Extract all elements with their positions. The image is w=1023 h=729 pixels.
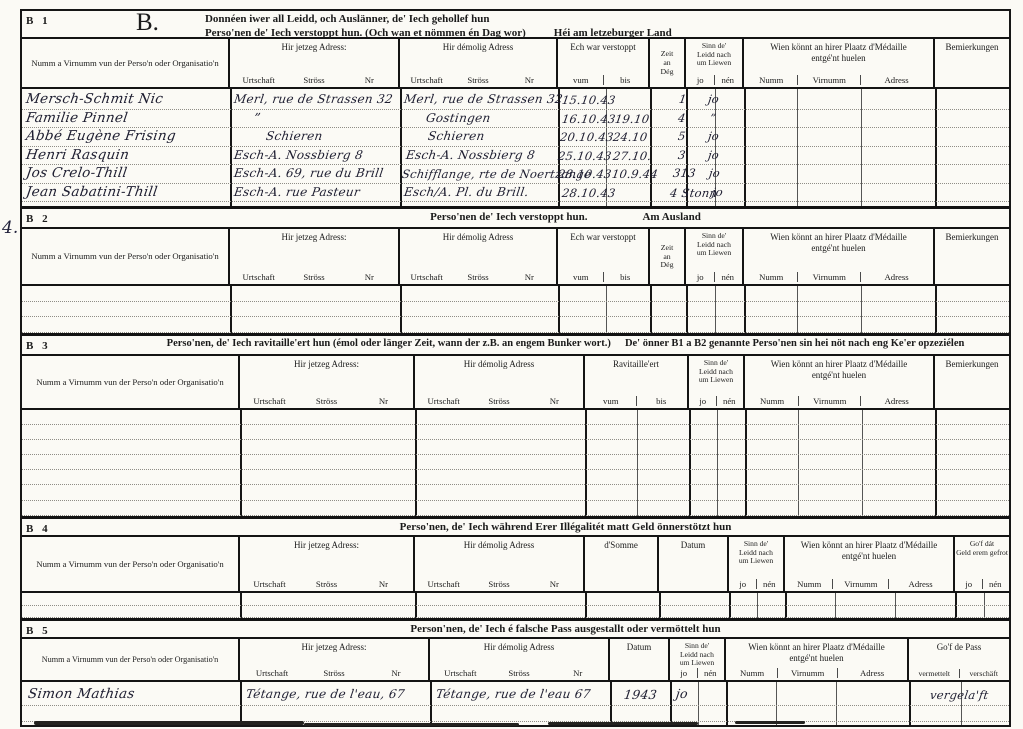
adress-label: Adress bbox=[860, 272, 932, 282]
b3-col-name: Numm a Virnumm vun der Perso'n oder Orga… bbox=[22, 356, 240, 408]
nen-label: nén bbox=[756, 579, 783, 589]
vermettelt-label: vermettelt bbox=[910, 669, 959, 678]
b1-title-right: Héi am letzeburger Land bbox=[554, 27, 672, 39]
b5-col-demolig: Hir démolig Adress UrtschaftStrössNr bbox=[430, 639, 610, 680]
gof-geld-label: Go'f dátGeld erem gefrot bbox=[956, 540, 1008, 557]
b1-row-5: Jos Crelo-Thill Esch-A. 69, rue du Brill… bbox=[22, 165, 1009, 184]
b1-row-3: Abbé Eugène Frising Schieren Schieren 20… bbox=[22, 128, 1009, 147]
b2-col-wien: Wien könnt an hirer Plaatz d'Médailleent… bbox=[744, 229, 935, 284]
cell-vum: 20.10.43 bbox=[559, 130, 615, 144]
b1-title: Donnéen iwer all Leidd, och Auslänner, d… bbox=[205, 13, 672, 41]
demolig-label: Hir démolig Adress bbox=[416, 540, 582, 551]
wien-label: Wien könnt an hirer Plaatz d'Médailleent… bbox=[745, 42, 932, 64]
cell-demolig-adress: Esch-A. Nossbierg 8 bbox=[405, 148, 536, 162]
jetzeg-sublabels: UrtschaftStrössNr bbox=[231, 272, 397, 282]
b3-titlebar: B 3 Perso'nen, de' Iech ravitaille'ert h… bbox=[22, 336, 1009, 356]
b1-section-label: B 1 bbox=[26, 13, 126, 27]
b4-col-demolig: Hir démolig Adress UrtschaftStrössNr bbox=[415, 537, 585, 591]
b4-title: Perso'nen, de' Iech während Erer Illégal… bbox=[126, 521, 1005, 533]
jetzeg-label: Hir jetzeg Adress: bbox=[241, 642, 427, 653]
section-b5: B 5 Person'nen, de' Iech é falsche Pass … bbox=[22, 618, 1009, 725]
b2-col-zeit: Zeit an Dég bbox=[650, 229, 686, 284]
b5-col-sinn: Sinn de'Leidd nachum Liewen jonén bbox=[670, 639, 726, 680]
b3-section-label: B 3 bbox=[26, 338, 126, 352]
sinn-sublabels: jonén bbox=[687, 272, 741, 282]
sinn-label: Sinn de'Leidd nachum Liewen bbox=[671, 642, 723, 668]
b4-titlebar: B 4 Perso'nen, de' Iech während Erer Ill… bbox=[22, 519, 1009, 537]
section-b1: B 1 B. Donnéen iwer all Leidd, och Auslä… bbox=[22, 11, 1009, 206]
b1-col-bemierkungen: Bemierkungen bbox=[935, 39, 1009, 87]
b3-row-2 bbox=[22, 425, 1009, 440]
adress-label: Adress bbox=[837, 668, 906, 678]
scan-artifact bbox=[304, 723, 519, 726]
cell-bis: 24.10 bbox=[612, 130, 648, 144]
b2-col-name: Numm a Virnumm vun der Perso'n oder Orga… bbox=[22, 229, 230, 284]
b4-col-jetzeg: Hir jetzeg Adress: UrtschaftStrössNr bbox=[240, 537, 415, 591]
cell-vum: 15.10.43 bbox=[561, 93, 617, 107]
jo-label: jo bbox=[687, 75, 714, 85]
b5-title: Person'nen, de' Iech é falsche Pass ausg… bbox=[126, 623, 1005, 635]
b2-col-sinn: Sinn de'Leidd nachum Liewen jonén bbox=[686, 229, 744, 284]
sinn-label: Sinn de'Leidd nachum Liewen bbox=[687, 42, 741, 68]
stross-label: Ströss bbox=[298, 396, 355, 406]
somme-label: d'Somme bbox=[586, 540, 656, 551]
cell-bis: 10.9.44 bbox=[611, 167, 659, 181]
jo-label: jo bbox=[956, 579, 982, 589]
jetzeg-label: Hir jetzeg Adress: bbox=[231, 42, 397, 53]
b5-column-header: Numm a Virnumm vun der Perso'n oder Orga… bbox=[22, 639, 1009, 682]
scan-artifact bbox=[735, 721, 805, 724]
b3-column-header: Numm a Virnumm vun der Perso'n oder Orga… bbox=[22, 356, 1009, 410]
wien-label: Wien könnt an hirer Plaatz d'Médailleent… bbox=[727, 642, 906, 664]
b1-col-zeit: Zeit an Dég bbox=[650, 39, 686, 87]
cell-demolig-adress: Esch/A. Pl. du Brill. bbox=[403, 185, 530, 199]
sinn-l3: um Liewen bbox=[671, 659, 723, 668]
b5-col-name-label: Numm a Virnumm vun der Perso'n oder Orga… bbox=[25, 654, 235, 666]
wien-l2: entgé'nt huelen bbox=[745, 243, 932, 254]
b5-col-wien: Wien könnt an hirer Plaatz d'Médailleent… bbox=[726, 639, 909, 680]
demolig-sublabels: UrtschaftStrössNr bbox=[416, 579, 582, 589]
b2-col-verstoppt: Ech war verstoppt vumbis bbox=[558, 229, 650, 284]
b1-col-verstoppt: Ech war verstoppt vumbis bbox=[558, 39, 650, 87]
nen-label: nén bbox=[716, 396, 743, 406]
nr-label: Nr bbox=[342, 272, 397, 282]
stross-label: Ströss bbox=[490, 668, 549, 678]
bis-label: bis bbox=[603, 272, 648, 282]
b3-title-right: De' önner B1 a B2 genannte Perso'nen sin… bbox=[625, 338, 964, 349]
gof-pass-sublabels: vermetteltverschäft bbox=[910, 669, 1008, 678]
nr-label: Nr bbox=[504, 75, 555, 85]
urtschaft-label: Urtschaft bbox=[231, 75, 286, 85]
b1-row-2: Familie Pinnel ” Gostingen 16.10.43 19.1… bbox=[22, 110, 1009, 129]
jetzeg-label: Hir jetzeg Adress: bbox=[241, 359, 412, 370]
b3-col-name-label: Numm a Virnumm vun der Perso'n oder Orga… bbox=[25, 376, 235, 389]
sinn-label: Sinn de'Leidd nachum Liewen bbox=[690, 359, 742, 385]
nr-label: Nr bbox=[548, 668, 607, 678]
jetzeg-sublabels: UrtschaftStrössNr bbox=[241, 668, 427, 678]
vum-label: vum bbox=[586, 396, 636, 406]
cell-demolig-adress: Schieren bbox=[427, 129, 486, 143]
b3-col-sinn: Sinn de'Leidd nachum Liewen jonén bbox=[689, 356, 745, 408]
cell-name: Abbé Eugène Frising bbox=[25, 128, 177, 144]
nen-label: nén bbox=[714, 75, 742, 85]
numm-label: Numm bbox=[786, 579, 832, 589]
cell-zeit: 1 bbox=[678, 92, 688, 106]
virnumm-label: Virnumm bbox=[777, 668, 837, 678]
sinn-l3: um Liewen bbox=[690, 376, 742, 385]
jo-label: jo bbox=[690, 396, 716, 406]
b4-row-2 bbox=[22, 606, 1009, 618]
cell-jetzeg-adress: Esch-A. rue Pasteur bbox=[233, 185, 361, 199]
sinn-sublabels: jonén bbox=[730, 579, 782, 589]
cell-bis: 19.10 bbox=[614, 112, 650, 126]
wien-label: Wien könnt an hirer Plaatz d'Médailleent… bbox=[786, 540, 952, 562]
b5-col-gof-pass: Go'f de Pass vermetteltverschäft bbox=[909, 639, 1009, 680]
b1-row-1: Mersch-Schmit Nic Merl, rue de Strassen … bbox=[22, 91, 1009, 110]
b5-col-datum: Datum bbox=[610, 639, 670, 680]
cell-bis: 27.10. bbox=[612, 149, 652, 163]
adress-label: Adress bbox=[888, 579, 952, 589]
cell-name: Henri Rasquin bbox=[25, 147, 130, 163]
b3-col-jetzeg: Hir jetzeg Adress: UrtschaftStrössNr bbox=[240, 356, 415, 408]
numm-label: Numm bbox=[727, 668, 777, 678]
b5-row-1: Simon Mathias Tétange, rue de l'eau, 67 … bbox=[22, 682, 1009, 706]
sinn-l3: um Liewen bbox=[687, 59, 741, 68]
numm-label: Numm bbox=[745, 75, 797, 85]
margin-note: 4. bbox=[2, 218, 18, 238]
gof-l2: Geld erem gefrot bbox=[956, 549, 1008, 558]
cell-name: Mersch-Schmit Nic bbox=[25, 91, 164, 107]
wien-l1: Wien könnt an hirer Plaatz d'Médaille bbox=[745, 232, 932, 243]
wien-l2: entgé'nt huelen bbox=[745, 53, 932, 64]
nr-label: Nr bbox=[365, 668, 427, 678]
stross-label: Ströss bbox=[471, 579, 526, 589]
verschaft-label: verschäft bbox=[959, 669, 1009, 678]
wien-sublabels: NummVirnummAdress bbox=[746, 396, 932, 406]
b4-title-text: Perso'nen, de' Iech während Erer Illégal… bbox=[400, 521, 732, 533]
b5-section-label: B 5 bbox=[26, 623, 126, 637]
stross-label: Ströss bbox=[298, 579, 355, 589]
wien-label: Wien könnt an hirer Plaatz d'Médailleent… bbox=[746, 359, 932, 381]
bis-label: bis bbox=[603, 75, 648, 85]
stross-label: Ströss bbox=[286, 272, 341, 282]
wien-l1: Wien könnt an hirer Plaatz d'Médaille bbox=[745, 42, 932, 53]
demolig-label: Hir démolig Adress bbox=[401, 232, 555, 243]
b1-title-line1: Donnéen iwer all Leidd, och Auslänner, d… bbox=[205, 13, 672, 27]
bemierkungen-label: Bemierkungen bbox=[936, 232, 1008, 243]
cell-jetzeg-adress: Tétange, rue de l'eau, 67 bbox=[245, 687, 406, 701]
section-b4: B 4 Perso'nen, de' Iech während Erer Ill… bbox=[22, 516, 1009, 618]
jo-label: jo bbox=[730, 579, 756, 589]
b1-row-4: Henri Rasquin Esch-A. Nossbierg 8 Esch-A… bbox=[22, 147, 1009, 166]
virnumm-label: Virnumm bbox=[797, 272, 860, 282]
b3-row-3 bbox=[22, 440, 1009, 455]
numm-label: Numm bbox=[745, 272, 797, 282]
datum-label: Datum bbox=[611, 642, 667, 653]
numm-label: Numm bbox=[746, 396, 798, 406]
b1-titlebar: B 1 B. Donnéen iwer all Leidd, och Auslä… bbox=[22, 11, 1009, 39]
cell-vum: 28.10.43 bbox=[561, 186, 617, 200]
b3-col-bemierkungen: Bemierkungen bbox=[935, 356, 1009, 408]
b3-col-demolig: Hir démolig Adress UrtschaftStrössNr bbox=[415, 356, 585, 408]
b5-body: Simon Mathias Tétange, rue de l'eau, 67 … bbox=[22, 682, 1009, 725]
sinn-label: Sinn de'Leidd nachum Liewen bbox=[730, 540, 782, 566]
cell-jetzeg-adress: Schieren bbox=[265, 129, 324, 143]
b4-row-1 bbox=[22, 593, 1009, 606]
section-b3: B 3 Perso'nen, de' Iech ravitaille'ert h… bbox=[22, 333, 1009, 516]
jetzeg-sublabels: UrtschaftStrössNr bbox=[241, 579, 412, 589]
b4-col-name-label: Numm a Virnumm vun der Perso'n oder Orga… bbox=[25, 558, 235, 571]
nr-label: Nr bbox=[527, 579, 582, 589]
nen-label: nén bbox=[714, 272, 742, 282]
stross-label: Ströss bbox=[303, 668, 365, 678]
cell-jo: jo bbox=[707, 148, 720, 162]
stross-label: Ströss bbox=[471, 396, 526, 406]
cell-vum: 28.10.43 bbox=[557, 167, 613, 181]
vum-label: vum bbox=[559, 75, 603, 85]
cell-jo: jo bbox=[675, 686, 689, 701]
cell-jo: ” bbox=[709, 111, 717, 125]
b3-body bbox=[22, 410, 1009, 516]
b4-body bbox=[22, 593, 1009, 618]
b1-col-name-label: Numm a Virnumm vun der Perso'n oder Orga… bbox=[25, 57, 225, 70]
stross-label: Ströss bbox=[452, 75, 503, 85]
b1-col-name: Numm a Virnumm vun der Perso'n oder Orga… bbox=[22, 39, 230, 87]
b3-col-ravitailleert: Ravitaille'ert vumbis bbox=[585, 356, 689, 408]
b5-col-name: Numm a Virnumm vun der Perso'n oder Orga… bbox=[22, 639, 240, 680]
bemierkungen-label: Bemierkungen bbox=[936, 359, 1008, 370]
urtschaft-label: Urtschaft bbox=[416, 579, 471, 589]
zeit-label-3: Dég bbox=[651, 261, 683, 270]
b3-row-5 bbox=[22, 470, 1009, 485]
b2-row-3 bbox=[22, 317, 1009, 333]
nr-label: Nr bbox=[355, 396, 412, 406]
wien-sublabels: NummVirnummAdress bbox=[786, 579, 952, 589]
b5-title-text: Person'nen, de' Iech é falsche Pass ausg… bbox=[410, 623, 720, 635]
verstoppt-label: Ech war verstoppt bbox=[559, 232, 647, 243]
b4-section-label: B 4 bbox=[26, 521, 126, 535]
b4-col-somme: d'Somme bbox=[585, 537, 659, 591]
urtschaft-label: Urtschaft bbox=[231, 272, 286, 282]
demolig-sublabels: UrtschaftStrössNr bbox=[431, 668, 607, 678]
wien-label: Wien könnt an hirer Plaatz d'Médailleent… bbox=[745, 232, 932, 254]
b3-title: Perso'nen, de' Iech ravitaille'ert hun (… bbox=[126, 338, 1005, 349]
adress-label: Adress bbox=[860, 396, 932, 406]
wien-sublabels: NummVirnummAdress bbox=[745, 272, 932, 282]
cell-jetzeg-adress: Esch-A. Nossbierg 8 bbox=[233, 148, 364, 162]
scan-artifact bbox=[548, 722, 698, 725]
b4-col-name: Numm a Virnumm vun der Perso'n oder Orga… bbox=[22, 537, 240, 591]
nr-label: Nr bbox=[504, 272, 555, 282]
nr-label: Nr bbox=[527, 396, 582, 406]
wien-l1: Wien könnt an hirer Plaatz d'Médaille bbox=[746, 359, 932, 370]
scan-artifact bbox=[34, 721, 304, 725]
wien-l1: Wien könnt an hirer Plaatz d'Médaille bbox=[786, 540, 952, 551]
cell-datum: 1943 bbox=[623, 687, 658, 702]
wien-l1: Wien könnt an hirer Plaatz d'Médaille bbox=[727, 642, 906, 653]
demolig-sublabels: UrtschaftStrössNr bbox=[401, 75, 555, 85]
urtschaft-label: Urtschaft bbox=[401, 75, 452, 85]
cell-jo: jo bbox=[707, 129, 720, 143]
cell-zeit: 5 bbox=[677, 129, 687, 143]
cell-demolig-adress: Tétange, rue de l'eau 67 bbox=[435, 687, 592, 701]
b2-section-label: B 2 bbox=[26, 211, 126, 225]
b4-col-gof-geld: Go'f dátGeld erem gefrot jonén bbox=[955, 537, 1009, 591]
nr-label: Nr bbox=[355, 579, 412, 589]
demolig-label: Hir démolig Adress bbox=[431, 642, 607, 653]
cell-name: Jean Sabatini-Thill bbox=[25, 184, 159, 200]
b3-row-1 bbox=[22, 410, 1009, 425]
sinn-l3: um Liewen bbox=[730, 557, 782, 566]
urtschaft-label: Urtschaft bbox=[241, 396, 298, 406]
b3-title-text: Perso'nen, de' Iech ravitaille'ert hun (… bbox=[167, 338, 611, 349]
wien-l2: entgé'nt huelen bbox=[746, 370, 932, 381]
cell-jetzeg-adress: ” bbox=[253, 110, 262, 125]
jo-label: jo bbox=[671, 668, 697, 678]
b2-title: Perso'nen de' Iech verstoppt hun.Am Ausl… bbox=[126, 211, 1005, 223]
vum-label: vum bbox=[559, 272, 603, 282]
b1-col-jetzeg: Hir jetzeg Adress: UrtschaftStrössNr bbox=[230, 39, 400, 87]
sinn-sublabels: jonén bbox=[690, 396, 742, 406]
sinn-l3: um Liewen bbox=[687, 249, 741, 258]
jetzeg-sublabels: UrtschaftStrössNr bbox=[231, 75, 397, 85]
demolig-sublabels: UrtschaftStrössNr bbox=[401, 272, 555, 282]
b2-body bbox=[22, 286, 1009, 333]
verstoppt-sublabels: vumbis bbox=[559, 75, 647, 85]
wien-l2: entgé'nt huelen bbox=[786, 551, 952, 562]
b3-col-wien: Wien könnt an hirer Plaatz d'Médailleent… bbox=[745, 356, 935, 408]
b2-col-jetzeg: Hir jetzeg Adress: UrtschaftStrössNr bbox=[230, 229, 400, 284]
wien-l2: entgé'nt huelen bbox=[727, 653, 906, 664]
b4-col-datum: Datum bbox=[659, 537, 729, 591]
cell-zeit: 313 bbox=[672, 166, 697, 180]
scanned-form-page: 4. B 1 B. Donnéen iwer all Leidd, och Au… bbox=[0, 0, 1023, 729]
urtschaft-label: Urtschaft bbox=[431, 668, 490, 678]
b2-col-name-label: Numm a Virnumm vun der Perso'n oder Orga… bbox=[25, 250, 225, 263]
cell-demolig-adress: Merl, rue de Strassen 32 bbox=[403, 92, 564, 106]
sinn-sublabels: jonén bbox=[671, 668, 723, 678]
form-b-sheet: B 1 B. Donnéen iwer all Leidd, och Auslä… bbox=[20, 9, 1011, 727]
jo-label: jo bbox=[687, 272, 714, 282]
adress-label: Adress bbox=[860, 75, 932, 85]
section-b2: B 2 Perso'nen de' Iech verstoppt hun.Am … bbox=[22, 206, 1009, 333]
sinn-label: Sinn de'Leidd nachum Liewen bbox=[687, 232, 741, 258]
b5-col-jetzeg: Hir jetzeg Adress: UrtschaftStrössNr bbox=[240, 639, 430, 680]
b2-title-text: Perso'nen de' Iech verstoppt hun. bbox=[430, 211, 587, 223]
b1-col-sinn: Sinn de'Leidd nachum Liewen jonén bbox=[686, 39, 744, 87]
b3-row-4 bbox=[22, 455, 1009, 470]
urtschaft-label: Urtschaft bbox=[401, 272, 452, 282]
nr-label: Nr bbox=[342, 75, 397, 85]
b2-titlebar: B 2 Perso'nen de' Iech verstoppt hun.Am … bbox=[22, 209, 1009, 229]
b5-row-2 bbox=[22, 706, 1009, 722]
bemierkungen-label: Bemierkungen bbox=[936, 42, 1008, 53]
virnumm-label: Virnumm bbox=[832, 579, 888, 589]
b4-col-sinn: Sinn de'Leidd nachum Liewen jonén bbox=[729, 537, 785, 591]
cell-name: Jos Crelo-Thill bbox=[25, 165, 128, 181]
b1-column-header: Numm a Virnumm vun der Perso'n oder Orga… bbox=[22, 39, 1009, 89]
stross-label: Ströss bbox=[452, 272, 503, 282]
jetzeg-label: Hir jetzeg Adress: bbox=[241, 540, 412, 551]
cell-name: Familie Pinnel bbox=[25, 110, 129, 126]
b1-body: Mersch-Schmit Nic Merl, rue de Strassen … bbox=[22, 89, 1009, 206]
zeit-label-3: Dég bbox=[651, 68, 683, 77]
wien-sublabels: NummVirnummAdress bbox=[727, 668, 906, 678]
demolig-label: Hir démolig Adress bbox=[401, 42, 555, 53]
b3-row-7 bbox=[22, 501, 1009, 516]
gof-geld-sublabels: jonén bbox=[956, 579, 1008, 589]
stross-label: Ströss bbox=[286, 75, 341, 85]
b2-title-right: Am Ausland bbox=[642, 211, 700, 223]
b3-row-6 bbox=[22, 485, 1009, 500]
verstoppt-label: Ech war verstoppt bbox=[559, 42, 647, 53]
b4-column-header: Numm a Virnumm vun der Perso'n oder Orga… bbox=[22, 537, 1009, 593]
b1-col-demolig: Hir démolig Adress UrtschaftStrössNr bbox=[400, 39, 558, 87]
b2-col-bemierkungen: Bemierkungen bbox=[935, 229, 1009, 284]
demolig-sublabels: UrtschaftStrössNr bbox=[416, 396, 582, 406]
datum-label: Datum bbox=[660, 540, 726, 551]
cell-jetzeg-adress: Esch-A. 69, rue du Brill bbox=[233, 166, 384, 180]
urtschaft-label: Urtschaft bbox=[241, 668, 303, 678]
verstoppt-sublabels: vumbis bbox=[559, 272, 647, 282]
b2-col-demolig: Hir démolig Adress UrtschaftStrössNr bbox=[400, 229, 558, 284]
b5-titlebar: B 5 Person'nen, de' Iech é falsche Pass … bbox=[22, 621, 1009, 639]
bis-label: bis bbox=[636, 396, 687, 406]
wien-sublabels: NummVirnummAdress bbox=[745, 75, 932, 85]
b4-col-wien: Wien könnt an hirer Plaatz d'Médailleent… bbox=[785, 537, 955, 591]
cell-jetzeg-adress: Merl, rue de Strassen 32 bbox=[233, 92, 394, 106]
b1-col-wien: Wien könnt an hirer Plaatz d'Médailleent… bbox=[744, 39, 935, 87]
demolig-label: Hir démolig Adress bbox=[416, 359, 582, 370]
b1-row-6: Jean Sabatini-Thill Esch-A. rue Pasteur … bbox=[22, 184, 1009, 203]
ravitailleert-label: Ravitaille'ert bbox=[586, 359, 686, 370]
urtschaft-label: Urtschaft bbox=[241, 579, 298, 589]
b2-row-2 bbox=[22, 302, 1009, 318]
b2-row-1 bbox=[22, 286, 1009, 302]
cell-vum: 16.10.43 bbox=[561, 112, 617, 126]
virnumm-label: Virnumm bbox=[798, 396, 860, 406]
ravitailleert-sublabels: vumbis bbox=[586, 396, 686, 406]
cell-vum: 25.10.43 bbox=[557, 149, 613, 163]
jetzeg-sublabels: UrtschaftStrössNr bbox=[241, 396, 412, 406]
cell-demolig-adress: Gostingen bbox=[425, 111, 492, 125]
virnumm-label: Virnumm bbox=[797, 75, 860, 85]
cell-zeit: 3 bbox=[677, 148, 687, 162]
b1-title-line2-text: Perso'nen de' Iech verstoppt hun. (Och w… bbox=[205, 27, 526, 39]
sinn-sublabels: jonén bbox=[687, 75, 741, 85]
nen-label: nén bbox=[982, 579, 1009, 589]
b1-big-letter: B. bbox=[136, 13, 159, 33]
gof-pass-label: Go'f de Pass bbox=[910, 642, 1008, 653]
nen-label: nén bbox=[697, 668, 724, 678]
b2-column-header: Numm a Virnumm vun der Perso'n oder Orga… bbox=[22, 229, 1009, 286]
jetzeg-label: Hir jetzeg Adress: bbox=[231, 232, 397, 243]
cell-name: Simon Mathias bbox=[27, 686, 136, 702]
urtschaft-label: Urtschaft bbox=[416, 396, 471, 406]
cell-jo: jo bbox=[711, 185, 724, 199]
cell-jo: jo bbox=[707, 92, 720, 106]
cell-zeit: 4 bbox=[677, 111, 687, 125]
cell-jo: jo bbox=[708, 166, 721, 180]
cell-verschaft: vergela'ft bbox=[929, 688, 990, 702]
